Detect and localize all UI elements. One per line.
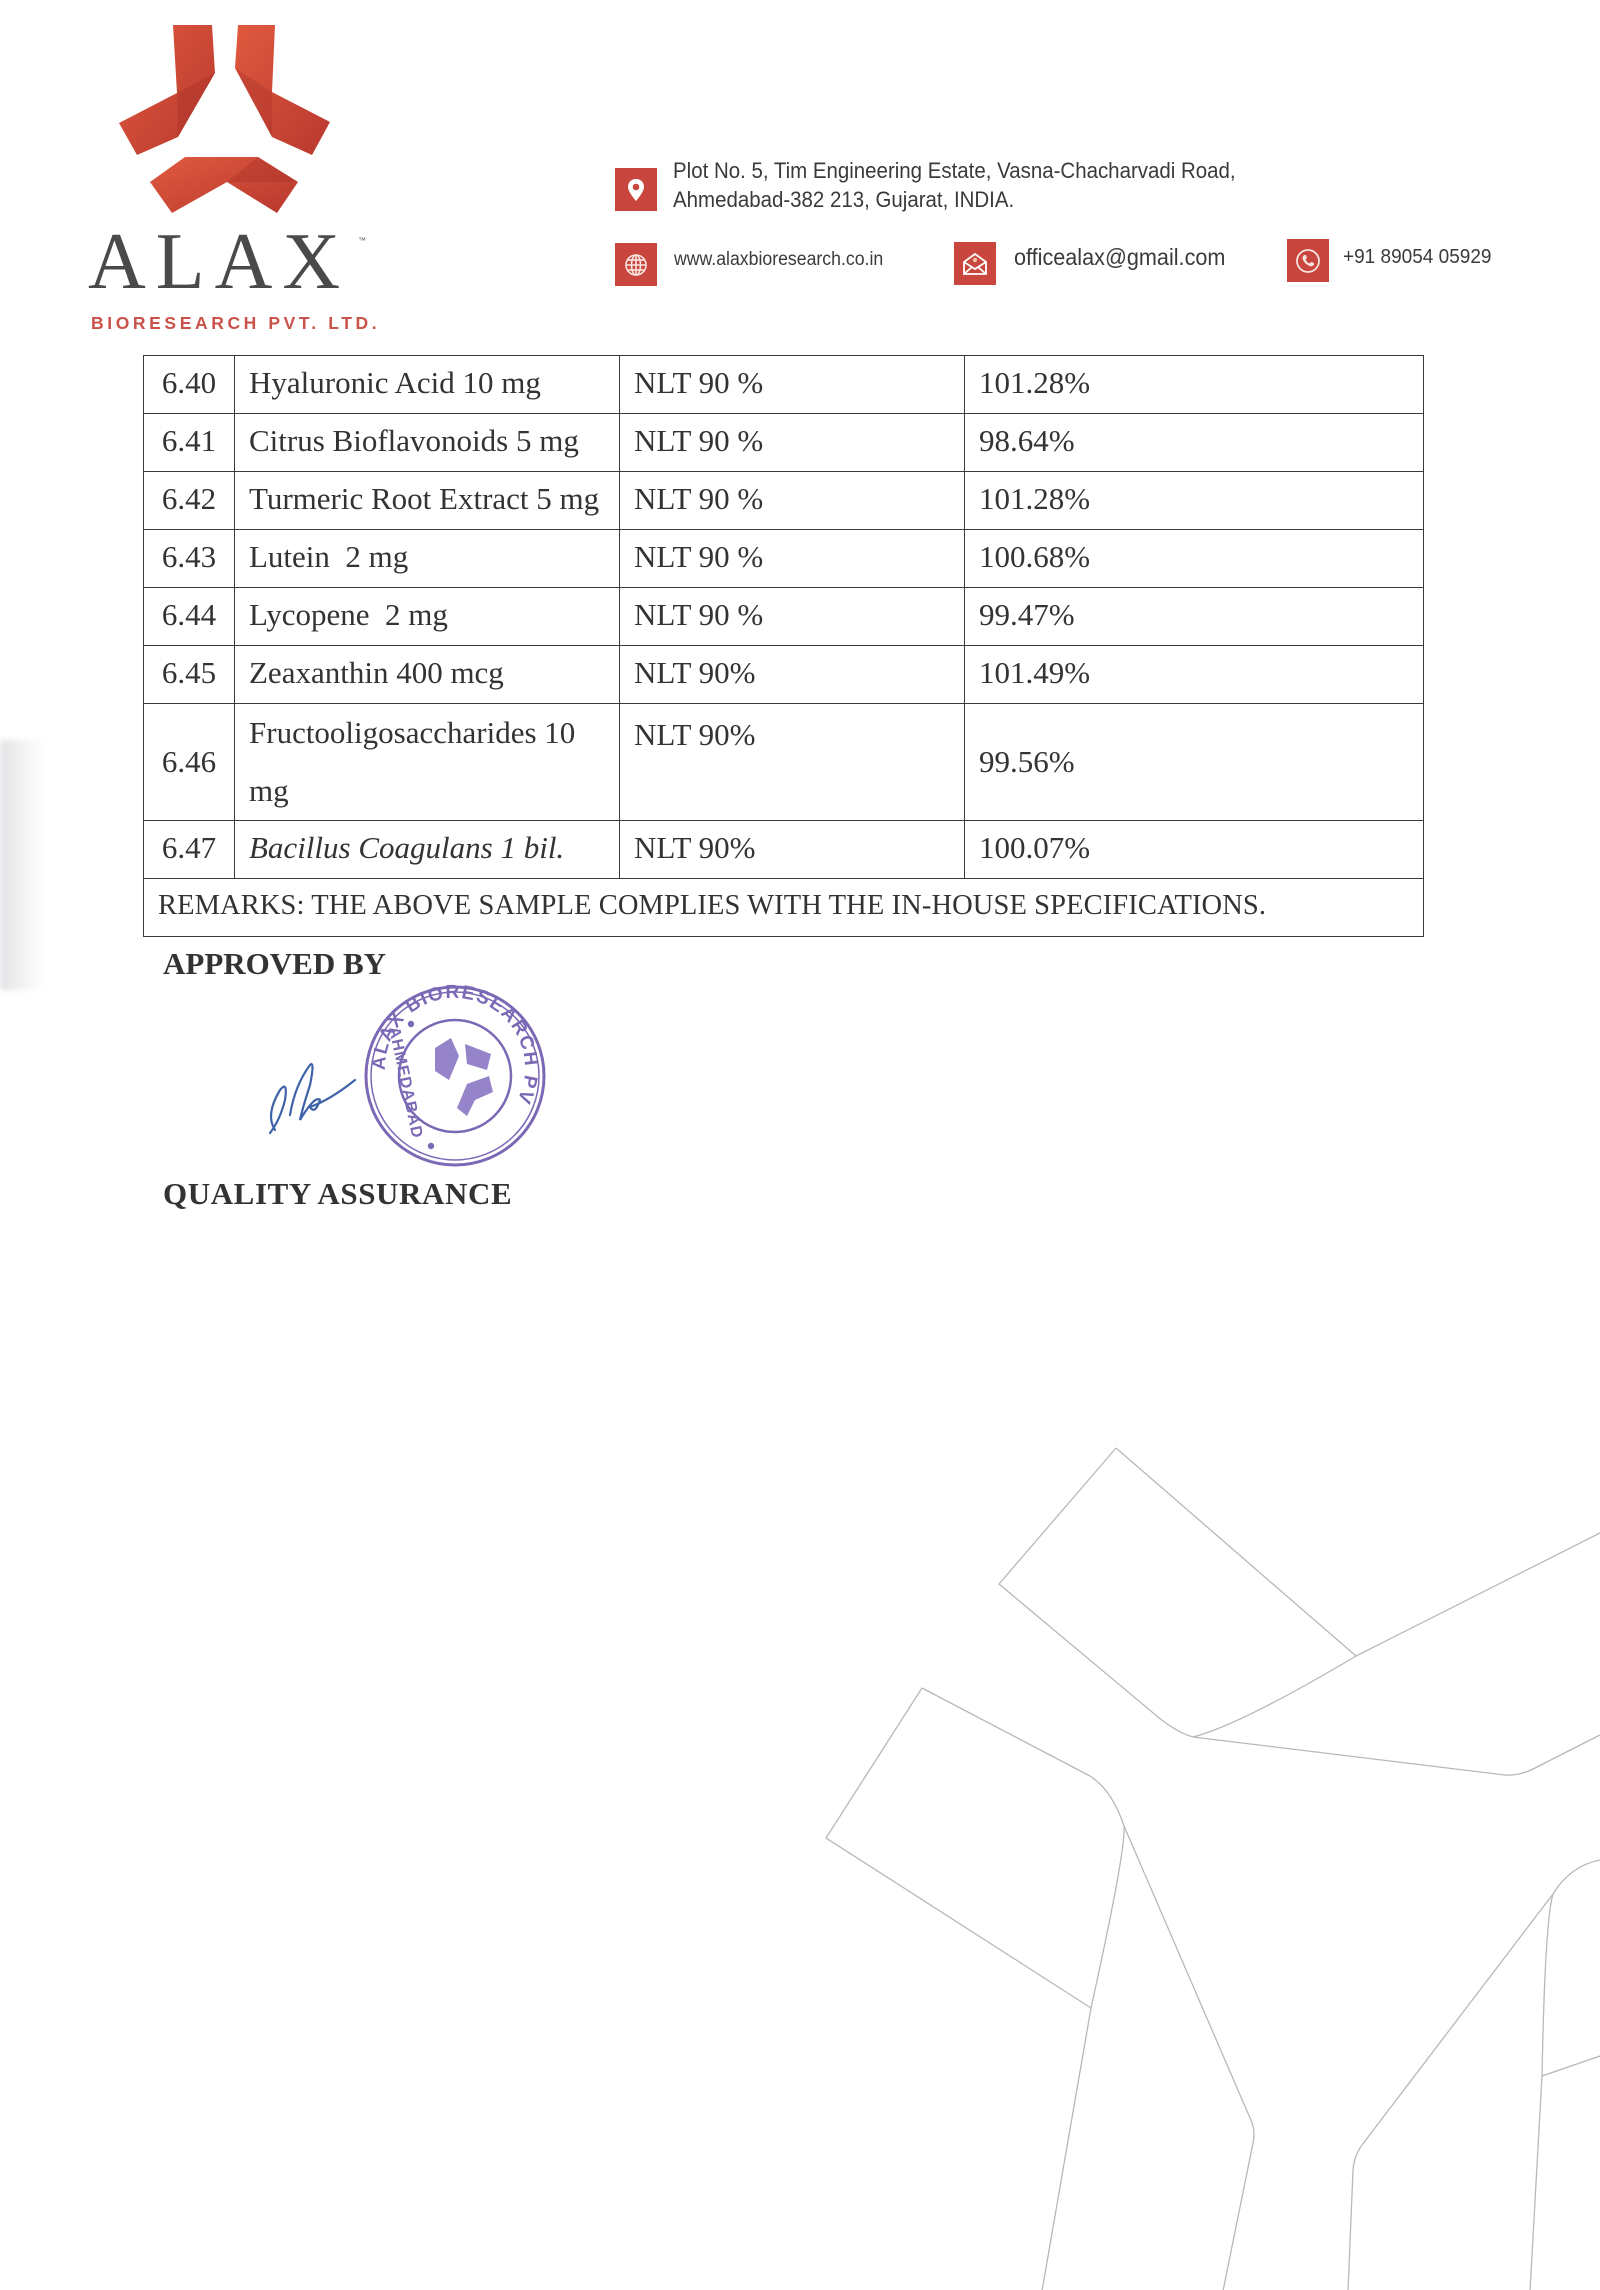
company-name: ALAX bbox=[88, 222, 350, 302]
row-number: 6.43 bbox=[144, 530, 235, 588]
parameter-name: Lutein 2 mg bbox=[235, 530, 620, 588]
parameter-name: Zeaxanthin 400 mcg bbox=[235, 646, 620, 704]
specification: NLT 90 % bbox=[620, 356, 965, 414]
parameter-name: Turmeric Root Extract 5 mg bbox=[235, 472, 620, 530]
address-line-1: Plot No. 5, Tim Engineering Estate, Vasn… bbox=[673, 156, 1236, 185]
parameter-name: Lycopene 2 mg bbox=[235, 588, 620, 646]
result-value: 100.07% bbox=[965, 821, 1424, 879]
remarks-text: REMARKS: THE ABOVE SAMPLE COMPLIES WITH … bbox=[144, 879, 1424, 937]
row-number: 6.40 bbox=[144, 356, 235, 414]
row-number: 6.44 bbox=[144, 588, 235, 646]
parameter-name: Bacillus Coagulans 1 bil. bbox=[235, 821, 620, 879]
specification: NLT 90 % bbox=[620, 530, 965, 588]
specification: NLT 90 % bbox=[620, 414, 965, 472]
result-value: 101.49% bbox=[965, 646, 1424, 704]
parameter-name-line-1: Fructooligosaccharides 10 bbox=[249, 704, 605, 762]
row-number: 6.47 bbox=[144, 821, 235, 879]
row-number: 6.41 bbox=[144, 414, 235, 472]
svg-text:AHMEDABAD: AHMEDABAD bbox=[385, 1025, 425, 1140]
results-table: 6.40 Hyaluronic Acid 10 mg NLT 90 % 101.… bbox=[143, 355, 1424, 937]
specification: NLT 90 % bbox=[620, 588, 965, 646]
quality-assurance-label: QUALITY ASSURANCE bbox=[163, 1176, 512, 1212]
approved-by-label: APPROVED BY bbox=[163, 946, 386, 982]
result-value: 100.68% bbox=[965, 530, 1424, 588]
table-row: 6.46 Fructooligosaccharides 10 mg NLT 90… bbox=[144, 704, 1424, 821]
stamp-left-text: AHMEDABAD bbox=[385, 1025, 425, 1140]
specification: NLT 90% bbox=[620, 821, 965, 879]
specification: NLT 90 % bbox=[620, 472, 965, 530]
row-number: 6.42 bbox=[144, 472, 235, 530]
phone-icon bbox=[1287, 239, 1329, 282]
specification: NLT 90% bbox=[620, 704, 965, 821]
parameter-name: Hyaluronic Acid 10 mg bbox=[235, 356, 620, 414]
phone-number[interactable]: +91 89054 05929 bbox=[1343, 246, 1491, 269]
result-value: 101.28% bbox=[965, 472, 1424, 530]
table-row: 6.42 Turmeric Root Extract 5 mg NLT 90 %… bbox=[144, 472, 1424, 530]
watermark-logo-outline bbox=[0, 0, 1600, 2290]
remarks-row: REMARKS: THE ABOVE SAMPLE COMPLIES WITH … bbox=[144, 879, 1424, 937]
row-number: 6.46 bbox=[144, 704, 235, 821]
company-subtitle: BIORESEARCH PVT. LTD. bbox=[91, 313, 380, 334]
website-link[interactable]: www.alaxbioresearch.co.in bbox=[674, 249, 883, 271]
result-value: 99.56% bbox=[965, 704, 1424, 821]
result-value: 99.47% bbox=[965, 588, 1424, 646]
alax-logo-icon bbox=[110, 18, 340, 223]
table-row: 6.41 Citrus Bioflavonoids 5 mg NLT 90 % … bbox=[144, 414, 1424, 472]
location-pin-icon bbox=[615, 168, 657, 211]
row-number: 6.45 bbox=[144, 646, 235, 704]
table-row: 6.47 Bacillus Coagulans 1 bil. NLT 90% 1… bbox=[144, 821, 1424, 879]
parameter-name-line-2: mg bbox=[249, 762, 605, 820]
table-row: 6.44 Lycopene 2 mg NLT 90 % 99.47% bbox=[144, 588, 1424, 646]
company-stamp: ALAX BIORESEARCH PVT. LTD. AHMEDABAD bbox=[355, 976, 555, 1176]
email-link[interactable]: officealax@gmail.com bbox=[1014, 244, 1225, 271]
table-row: 6.43 Lutein 2 mg NLT 90 % 100.68% bbox=[144, 530, 1424, 588]
table-row: 6.45 Zeaxanthin 400 mcg NLT 90% 101.49% bbox=[144, 646, 1424, 704]
trademark-symbol: ™ bbox=[358, 236, 366, 245]
parameter-name: Citrus Bioflavonoids 5 mg bbox=[235, 414, 620, 472]
specification: NLT 90% bbox=[620, 646, 965, 704]
globe-icon bbox=[615, 243, 657, 286]
table-row: 6.40 Hyaluronic Acid 10 mg NLT 90 % 101.… bbox=[144, 356, 1424, 414]
address-line-2: Ahmedabad-382 213, Gujarat, INDIA. bbox=[673, 185, 1236, 214]
address: Plot No. 5, Tim Engineering Estate, Vasn… bbox=[673, 156, 1236, 214]
parameter-name: Fructooligosaccharides 10 mg bbox=[235, 704, 620, 821]
result-value: 101.28% bbox=[965, 356, 1424, 414]
result-value: 98.64% bbox=[965, 414, 1424, 472]
scan-smudge bbox=[0, 740, 50, 990]
envelope-icon bbox=[954, 242, 996, 285]
